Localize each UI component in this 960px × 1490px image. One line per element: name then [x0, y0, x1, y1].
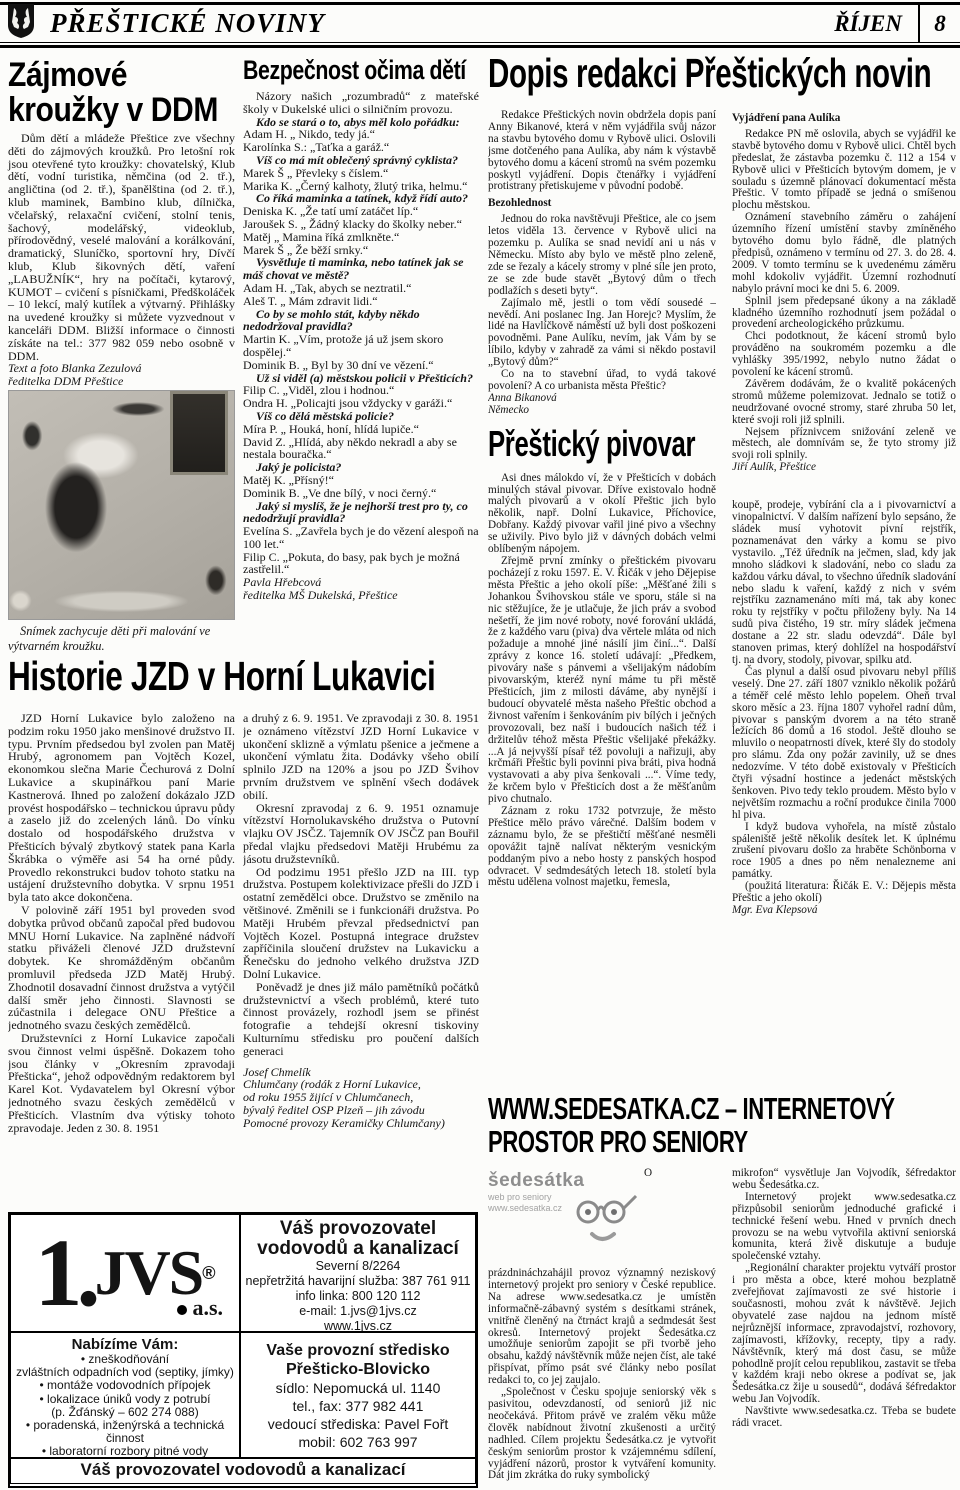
historie-signature: bývalý ředitel OSP Plzeň – jih závodu	[243, 1104, 479, 1117]
sedesatka-logo: šedesátka web pro seniory www.sedesatka.…	[488, 1170, 638, 1266]
dopis-headline: Dopis redakci Přeštických novin	[488, 52, 956, 106]
month-label: ŘÍJEN	[834, 11, 902, 37]
paragraph: Zajímalo mě, jestli o tom vědí sousedé –…	[488, 298, 716, 369]
paragraph: Poněvadž je dnes již málo pamětníků počá…	[243, 981, 479, 1058]
page-header: PŘEŠTICKÉ NOVINY ŘÍJEN 8	[0, 5, 960, 42]
paragraph: Redakce PN mě oslovila, abych se vyjádři…	[732, 129, 956, 212]
page-number: 8	[918, 5, 960, 42]
answer-line: Jaroušek S. „ Žádný klacky do školky neb…	[243, 218, 479, 231]
paragraph: Jednou do roka navštěvuji Přeštice, ale …	[488, 214, 716, 297]
paragraph: Okresní zpravodaj z 6. 9. 1951 oznamuje …	[243, 802, 479, 866]
historie-signature: Pomocné provozy Keramičky Chlumčany)	[243, 1117, 479, 1130]
paragraph: Chci podotknout, že kácení stromů bylo p…	[732, 331, 956, 379]
bezpecnost-intro: Názory našich „rozumbradů“ z mateřské šk…	[243, 90, 479, 116]
letter-signature: Anna Bikanová	[488, 393, 716, 405]
ddm-signature: ředitelka DDM Přeštice	[8, 375, 235, 388]
sedesatka-column-2: mikrofon“ vysvětluje Jan Vojvodík, šéfre…	[732, 1168, 956, 1490]
question-line: Vysvětluje ti maminka, nebo tatínek jak …	[243, 256, 479, 282]
paragraph: Nejsem příznivcem snižování zeleně ve mě…	[732, 427, 956, 463]
glasses-icon	[574, 1190, 638, 1255]
jvs-center-info: Vaše provozní středisko Přešticko-Blovic…	[240, 1332, 476, 1458]
jvs-offer-list: Nabízíme Vám: • zneškodňování zvláštních…	[10, 1332, 240, 1458]
paragraph: JZD Horní Lukavice bylo založeno na podz…	[8, 712, 235, 904]
historie-column-1: JZD Horní Lukavice bylo založeno na podz…	[8, 712, 235, 1210]
answer-line: Matěj K. „Přísný!“	[243, 474, 479, 487]
answer-line: Martin K. „Vím, protože já už jsem skoro…	[243, 333, 479, 359]
paragraph: Od podzimu 1951 přešlo JZD na III. typ d…	[243, 866, 479, 981]
paragraph: Navštivte www.sedesatka.cz. Třeba se bud…	[732, 1406, 956, 1430]
letter-signature: Německo	[488, 405, 716, 417]
question-line: Jaký si myslíš, že je nejhorší trest pro…	[243, 500, 479, 526]
answer-line: Evelína S. „Zavřela bych je do vězení al…	[243, 525, 479, 551]
answer-line: Ondra H. „Policajti jsou vždycky v garáž…	[243, 397, 479, 410]
jvs-logo: 1.JVS® a.s.	[10, 1214, 240, 1332]
paragraph: Zřejmě první zmínky o přeštickém pivovar…	[488, 556, 716, 806]
paragraph: Splnil jsem předepsané úkony a na základ…	[732, 296, 956, 332]
historie-column-2: a druhý z 6. 9. 1951. Ve zpravodaji z 30…	[243, 712, 479, 1212]
paragraph: I když budova vyhořela, na místě zůstalo…	[732, 822, 956, 882]
question-line: Co by se mohlo stát, kdyby někdo nedodrž…	[243, 308, 479, 334]
newspaper-title: PŘEŠTICKÉ NOVINY	[50, 8, 834, 39]
paragraph: koupě, prodeje, vybírání cla a i pivovar…	[732, 500, 956, 667]
paragraph: Asi dnes málokdo ví, že v Přešticích v d…	[488, 473, 716, 556]
answer-line: Dominik B. „Ve dne bílý, v noci černý.“	[243, 487, 479, 500]
paragraph: Co na to stavební úřad, to vydá takové p…	[488, 369, 716, 393]
paragraph: Záznam z roku 1732 potvrzuje, že město P…	[488, 806, 716, 889]
paragraph: V polovině září 1951 byl proveden svod d…	[8, 904, 235, 1032]
paragraph: a druhý z 6. 9. 1951. Ve zpravodaji z 30…	[243, 712, 479, 802]
jvs-provider-info: Váš provozovatel vodovodů a kanalizací S…	[240, 1214, 476, 1332]
question-line: Víš co dělá městská policie?	[243, 410, 479, 423]
paragraph: Oznámení stavebního záměru o zahájení úz…	[732, 212, 956, 295]
answer-line: Dominik B. „ Byl by 30 dní ve vězení.“	[243, 359, 479, 372]
answer-line: Adam H. „Tak, abych se neztratil.“	[243, 282, 479, 295]
bezohlednost-subhead: Bezohlednost	[488, 198, 716, 210]
paragraph: Internetový projekt www.sedesatka.cz při…	[732, 1192, 956, 1263]
header-thin-rule	[0, 42, 960, 43]
ddm-headline: Zájmové kroužky v DDM	[8, 58, 235, 128]
answer-line: David Z. „Hlídá, aby někdo nekradl a aby…	[243, 436, 479, 462]
answer-line: Filip C. „Pokuta, do basy, pak bych je m…	[243, 551, 479, 577]
historie-headline: Historie JZD v Horní Lukavici	[8, 655, 478, 707]
answer-line: Marek Š „ Převleky s číslem.“	[243, 167, 479, 180]
newspaper-page: PŘEŠTICKÉ NOVINY ŘÍJEN 8 Zájmové kroužky…	[0, 0, 960, 1490]
reply-signature: Jiří Aulík, Přeštice	[732, 462, 956, 474]
article-ddm: Zájmové kroužky v DDM Dům dětí a mládeže…	[8, 58, 235, 388]
paragraph: Družstevníci z Horní Lukavice započali s…	[8, 1032, 235, 1134]
paragraph: Čas plynul a další osud pivovaru nebyl p…	[732, 667, 956, 822]
city-crest-icon	[6, 3, 36, 44]
paragraph: „Regionální charakter projektu vytváří p…	[732, 1263, 956, 1406]
pivovar-signature: Mgr. Eva Klepsová	[732, 905, 956, 917]
bezpecnost-headline: Bezpečnost očima dětí	[243, 56, 479, 84]
paragraph: „Společnost v Česku spojuje seniorský vě…	[488, 1387, 716, 1482]
jvs-ad-footer: Váš provozovatel vodovodů a kanalizací	[10, 1458, 476, 1484]
paragraph: Závěrem dodávám, že o kvalitě pokácených…	[732, 379, 956, 427]
sedesatka-column-1: šedesátka web pro seniory www.sedesatka.…	[488, 1168, 716, 1490]
jvs-ad: 1.JVS® a.s. Váš provozovatel vodovodů a …	[8, 1212, 478, 1488]
answer-line: Aleš T. „ Mám zdravit lidi.“	[243, 295, 479, 308]
photo-caption: Snímek zachycuje děti při malování ve vý…	[8, 624, 235, 653]
question-line: Víš co má mít oblečený správný cyklista?	[243, 154, 479, 167]
letter-column: Redakce Přeštických novin obdržela dopis…	[488, 110, 716, 1090]
paragraph: mikrofon“ vysvětluje Jan Vojvodík, šéfre…	[732, 1168, 956, 1192]
sedesatka-headline: WWW.SEDESATKA.CZ – INTERNETOVÝ PROSTOR P…	[488, 1092, 956, 1164]
historie-signature: od roku 1955 žijící v Chlumčanech,	[243, 1091, 479, 1104]
reply-column: Vyjádření pana Aulíka Redakce PN mě oslo…	[732, 108, 956, 1090]
pivovar-headline: Přeštický pivovar	[488, 425, 716, 473]
article-bezpecnost: Bezpečnost očima dětí Názory našich „roz…	[243, 56, 479, 660]
header-thick-rule	[0, 45, 960, 48]
question-line: Jaký je policista?	[243, 461, 479, 474]
literature-note: (použitá literatura: Řičák E. V.: Dějepi…	[732, 881, 956, 905]
children-painting-photo	[8, 390, 235, 620]
ddm-body: Dům dětí a mládeže Přeštice zve všechny …	[8, 132, 235, 362]
photo-doorway	[170, 391, 229, 475]
answer-line: Míra P. „ Houká, honí, hlídá lupiče.“	[243, 423, 479, 436]
answer-line: Matěj „ Mamina říká zmlkněte.“	[243, 231, 479, 244]
bezpecnost-signature: ředitelka MŠ Dukelská, Přeštice	[243, 589, 479, 602]
dopis-intro: Redakce Přeštických novin obdržela dopis…	[488, 110, 716, 193]
reply-subhead: Vyjádření pana Aulíka	[732, 113, 956, 125]
